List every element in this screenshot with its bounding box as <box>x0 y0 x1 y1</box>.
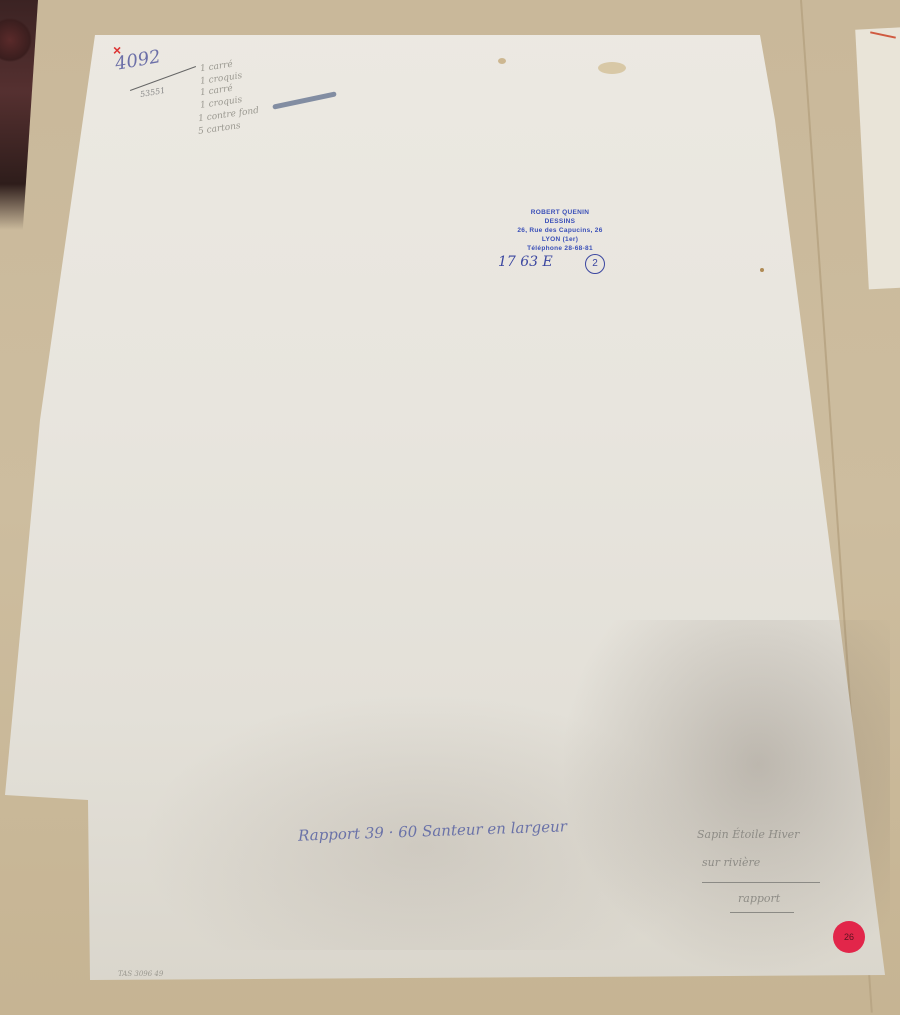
note-line-3: rapport <box>738 892 780 905</box>
stamp-line: Téléphone 28-68-81 <box>510 244 610 253</box>
note-line-2: sur rivière <box>702 856 760 869</box>
red-sticker: 26 <box>833 921 865 953</box>
paper-speck <box>760 268 764 272</box>
stamp-line: DESSINS <box>510 217 610 226</box>
paper-stain <box>598 62 626 74</box>
stamp-line: 26, Rue des Capucins, 26 <box>510 226 610 235</box>
circled-number: 2 <box>585 254 605 274</box>
stamp-line: ROBERT QUENIN <box>510 208 610 217</box>
note-line-1: Sapin Étoile Hiver <box>697 828 799 841</box>
adjacent-sheet <box>855 27 900 290</box>
carpet-corner <box>0 0 38 230</box>
reference-code: 17 63 E <box>498 254 553 270</box>
stamp-line: LYON (1er) <box>510 235 610 244</box>
dealer-stamp: ROBERT QUENIN DESSINS 26, Rue des Capuci… <box>510 208 610 253</box>
paper-stain <box>498 58 506 64</box>
note-divider <box>702 882 820 883</box>
bottom-left-pencil: TAS 3096 49 <box>118 970 163 978</box>
note-underline <box>730 912 794 913</box>
